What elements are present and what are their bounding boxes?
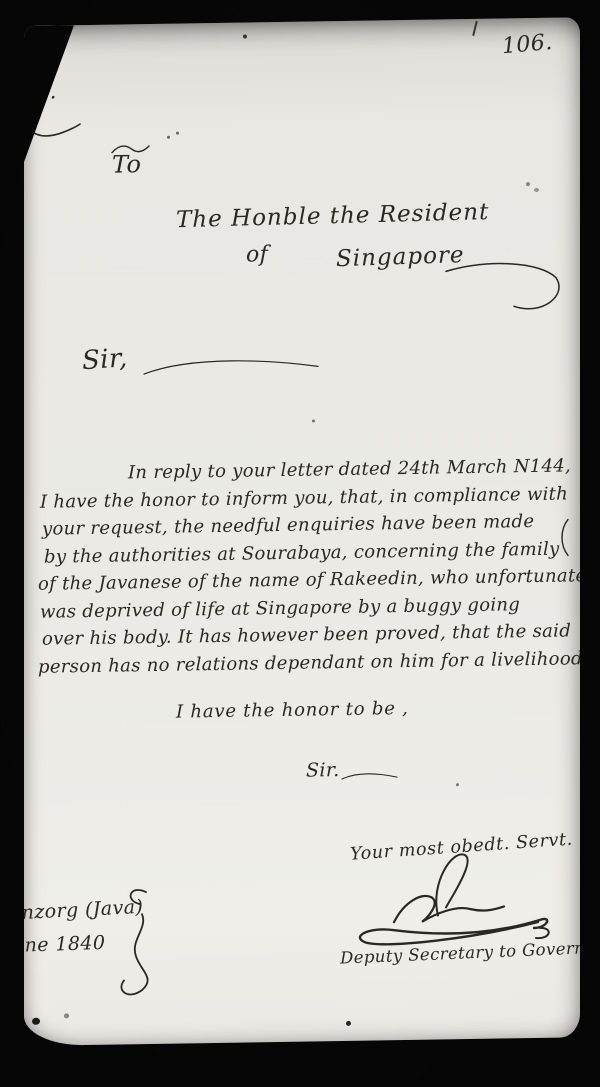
smudge-speck xyxy=(534,188,539,192)
singapore-tail-flourish xyxy=(444,255,572,327)
address-recipient-line: The Honble the Resident xyxy=(176,199,490,233)
ink-speck xyxy=(64,1013,69,1018)
ink-speck xyxy=(346,1021,351,1026)
address-of: of xyxy=(246,242,268,267)
ink-speck xyxy=(167,136,170,139)
date-line: June 1840 xyxy=(24,932,106,957)
ink-blot xyxy=(32,1018,40,1025)
right-edge-paren-mark xyxy=(558,517,572,559)
letter-paper: 106. 565. To The Honble the Resident of … xyxy=(24,17,580,1046)
ink-speck xyxy=(243,34,247,38)
ink-speck xyxy=(456,783,459,786)
ink-speck xyxy=(312,419,315,422)
address-to-label: To xyxy=(112,150,141,178)
smudge-speck xyxy=(526,182,530,186)
salutation-tail-flourish xyxy=(142,351,322,380)
letter-body: In reply to your letter dated 24th March… xyxy=(36,455,580,684)
scanned-letter-page: 106. 565. To The Honble the Resident of … xyxy=(0,0,600,1087)
ink-speck xyxy=(176,132,179,135)
closing-salutation: Sir. xyxy=(306,759,340,782)
place-date-brace xyxy=(116,886,162,1005)
closing-sir-tail xyxy=(340,768,400,783)
closing-line: I have the honor to be , xyxy=(176,698,409,723)
pen-tick-mark xyxy=(472,21,478,36)
folio-number: 106. xyxy=(501,30,553,59)
salutation: Sir, xyxy=(81,343,128,376)
